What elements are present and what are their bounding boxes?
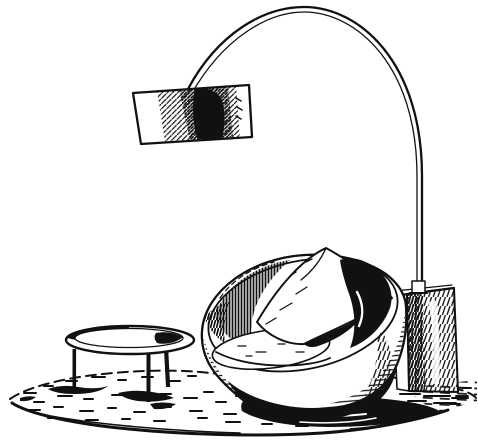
illustration-canvas	[0, 0, 478, 441]
lamp-base-dark-band	[407, 292, 425, 391]
lamp-pole-collar	[412, 281, 425, 293]
furniture-illustration	[0, 0, 478, 441]
table-leg-left	[73, 349, 77, 393]
lamp-shade	[133, 85, 252, 144]
table-leg-front	[147, 351, 151, 402]
